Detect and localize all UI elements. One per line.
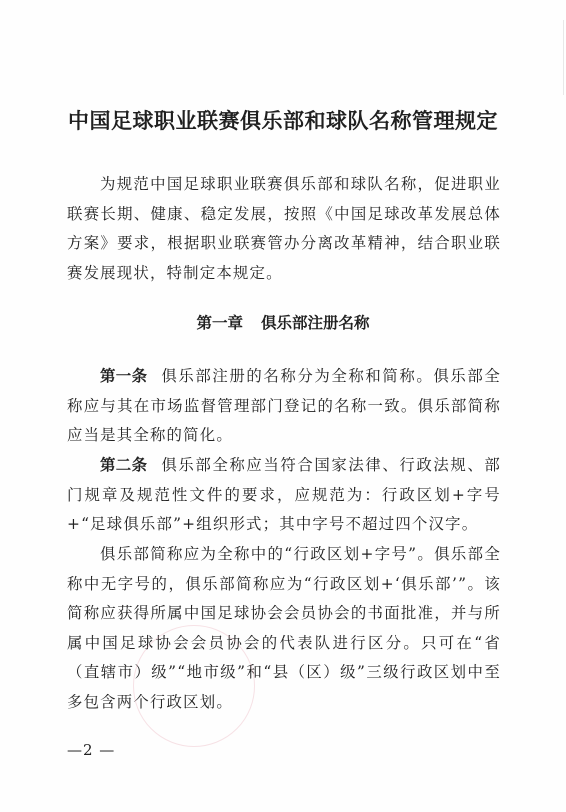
page-number: —2 — xyxy=(67,741,115,759)
document-page: 中国足球职业联赛俱乐部和球队名称管理规定 为规范中国足球职业联赛俱乐部和球队名称… xyxy=(0,0,566,812)
scan-edge-mark xyxy=(563,20,564,95)
article-2-continuation: 俱乐部简称应为全称中的“行政区划+字号”。俱乐部全称中无字号的，俱乐部简称应为“… xyxy=(67,540,501,717)
article-1-label: 第一条 xyxy=(100,367,147,385)
chapter-name: 俱乐部注册名称 xyxy=(261,314,370,332)
faint-seal-stamp xyxy=(133,625,255,747)
document-title: 中国足球职业联赛俱乐部和球队名称管理规定 xyxy=(0,105,566,135)
chapter-number: 第一章 xyxy=(196,314,243,332)
article-2-label: 第二条 xyxy=(100,456,147,474)
article-1: 第一条俱乐部注册的名称分为全称和简称。俱乐部全称应与其在市场监督管理部门登记的名… xyxy=(67,362,501,451)
preamble-paragraph: 为规范中国足球职业联赛俱乐部和球队名称，促进职业联赛长期、健康、稳定发展，按照《… xyxy=(67,170,501,288)
chapter-heading: 第一章俱乐部注册名称 xyxy=(0,311,566,333)
article-2: 第二条俱乐部全称应当符合国家法律、行政法规、部门规章及规范性文件的要求，应规范为… xyxy=(67,451,501,540)
